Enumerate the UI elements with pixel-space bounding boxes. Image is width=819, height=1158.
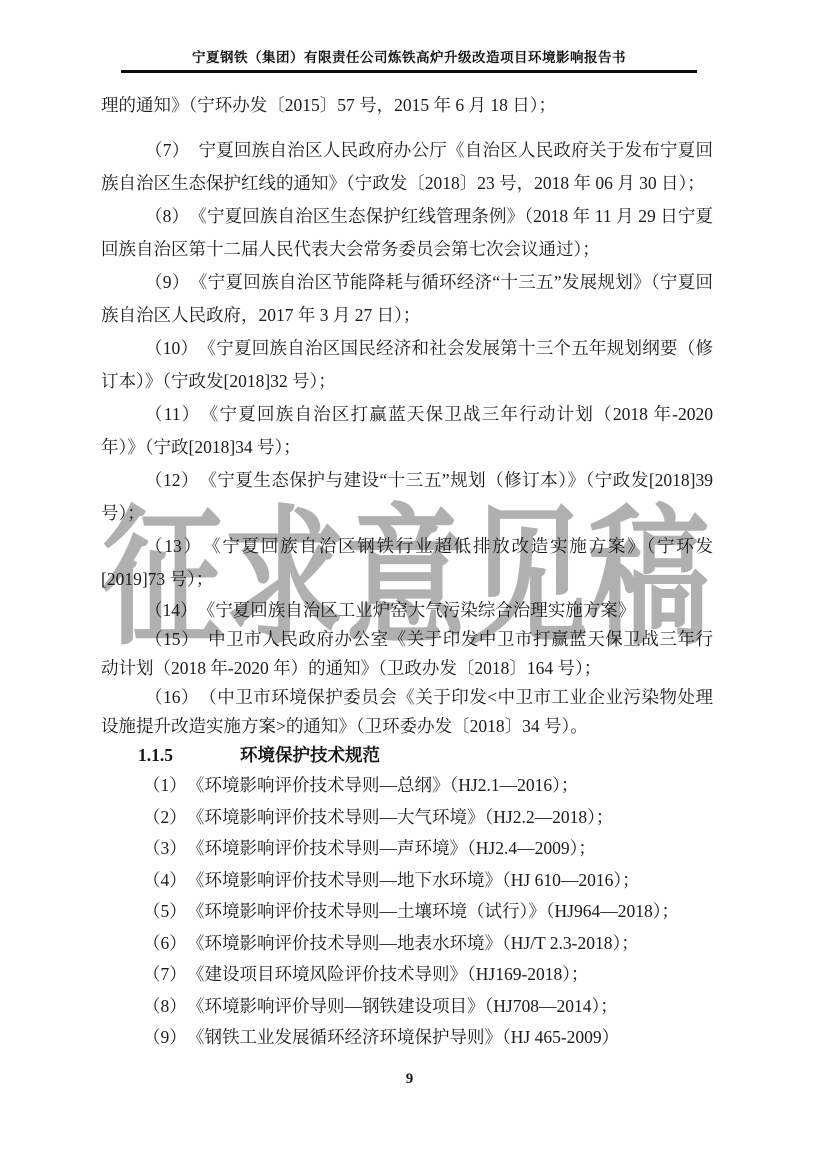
policy-item-14: （14）《宁夏回族自治区工业炉窑大气污染综合治理实施方案》: [101, 596, 713, 625]
standard-item-4: （4）《环境影响评价技术导则—地下水环境》（HJ 610—2016）；: [101, 865, 713, 897]
section-number: 1.1.5: [138, 741, 240, 770]
item-number: （5）: [143, 901, 187, 921]
standard-item-7: （7）《建设项目环境风险评价技术导则》（HJ169-2018）；: [101, 959, 713, 991]
item-text: 《宁夏回族自治区节能降耗与循环经济“十三五”发展规划》（宁夏回族自治区人民政府，…: [101, 272, 713, 325]
item-text: 《环境影响评价技术导则—地下水环境》（HJ 610—2016）；: [196, 870, 640, 890]
item-number: （6）: [143, 933, 187, 953]
item-number: （2）: [143, 807, 187, 827]
page-number: 9: [0, 1071, 819, 1088]
standard-item-9: （9）《钢铁工业发展循环经济环境保护导则》（HJ 465-2009）: [101, 1022, 713, 1054]
header-rule: [121, 70, 697, 73]
policy-item-12: （12）《宁夏生态保护与建设“十三五”规划（修订本）》（宁政发[2018]39 …: [101, 464, 713, 530]
item-text: 《钢铁工业发展循环经济环境保护导则》（HJ 465-2009）: [196, 1027, 619, 1047]
item-text: 《建设项目环境风险评价技术导则》（HJ169-2018）；: [196, 964, 589, 984]
item-number: （8）: [143, 996, 187, 1016]
item-text: 《宁夏回族自治区工业炉窑大气污染综合治理实施方案》: [207, 600, 636, 620]
document-page: 宁夏钢铁（集团）有限责任公司炼铁高炉升级改造项目环境影响报告书 征求意见稿 理的…: [0, 0, 819, 1158]
section-title: 环境保护技术规范: [240, 745, 380, 765]
standard-item-3: （3）《环境影响评价技术导则—声环境》（HJ2.4—2009）；: [101, 833, 713, 865]
policy-item-16: （16）（中卫市环境保护委员会《关于印发<中卫市工业企业污染物处理设施提升改造实…: [101, 683, 713, 741]
item-text: 《环境影响评价技术导则—大气环境》（HJ2.2—2018）；: [196, 807, 614, 827]
item-number: （16）: [145, 687, 199, 707]
item-number: （7）: [143, 964, 187, 984]
policy-item-15: （15）中卫市人民政府办公室《关于印发中卫市打赢蓝天保卫战三年行动计划（2018…: [101, 625, 713, 683]
section-heading-1-1-5: 1.1.5环境保护技术规范: [101, 741, 713, 770]
item-number: （10）: [145, 338, 198, 358]
policy-item-8: （8）《宁夏回族自治区生态保护红线管理条例》（2018 年 11 月 29 日宁…: [101, 200, 713, 266]
item-text: 《环境影响评价技术导则—地表水环境》（HJ/T 2.3-2018）；: [196, 933, 639, 953]
document-body: 理的通知》（宁环办发〔2015〕57 号，2015 年 6 月 18 日）； （…: [101, 89, 713, 1054]
item-number: （4）: [143, 870, 187, 890]
standard-item-6: （6）《环境影响评价技术导则—地表水环境》（HJ/T 2.3-2018）；: [101, 928, 713, 960]
item-number: （14）: [145, 600, 198, 620]
standard-item-1: （1）《环境影响评价技术导则—总纲》（HJ2.1—2016）；: [101, 770, 713, 802]
item-text: 《宁夏回族自治区生态保护红线管理条例》（2018 年 11 月 29 日宁夏回族…: [101, 206, 713, 259]
item-number: （9）: [143, 1027, 187, 1047]
policy-item-13: （13）《宁夏回族自治区钢铁行业超低排放改造实施方案》（宁环发[2019]73 …: [101, 530, 713, 596]
policy-item-10: （10）《宁夏回族自治区国民经济和社会发展第十三个五年规划纲要（修订本）》（宁政…: [101, 332, 713, 398]
item-text: 宁夏回族自治区人民政府办公厅《自治区人民政府关于发布宁夏回族自治区生态保护红线的…: [101, 140, 713, 193]
policy-item-11: （11）《宁夏回族自治区打赢蓝天保卫战三年行动计划（2018 年-2020 年）…: [101, 398, 713, 464]
item-number: （13）: [145, 536, 203, 556]
item-number: （15）: [145, 629, 199, 649]
item-number: （8）: [145, 206, 189, 226]
standard-item-2: （2）《环境影响评价技术导则—大气环境》（HJ2.2—2018）；: [101, 802, 713, 834]
standard-item-8: （8）《环境影响评价导则—钢铁建设项目》（HJ708—2014）；: [101, 991, 713, 1023]
policy-item-9: （9）《宁夏回族自治区节能降耗与循环经济“十三五”发展规划》（宁夏回族自治区人民…: [101, 266, 713, 332]
item-number: （1）: [143, 775, 187, 795]
item-text: 《环境影响评价技术导则—总纲》（HJ2.1—2016）；: [196, 775, 579, 795]
item-number: （3）: [143, 838, 187, 858]
item-text: 《环境影响评价导则—钢铁建设项目》（HJ708—2014）；: [196, 996, 618, 1016]
item-text: 《环境影响评价技术导则—声环境》（HJ2.4—2009）；: [196, 838, 596, 858]
item-number: （12）: [145, 470, 199, 490]
item-text: 《环境影响评价技术导则—土壤环境（试行）》（HJ964—2018）；: [196, 901, 679, 921]
standard-item-5: （5）《环境影响评价技术导则—土壤环境（试行）》（HJ964—2018）；: [101, 896, 713, 928]
item-number: （9）: [145, 272, 190, 292]
item-number: （11）: [145, 404, 201, 424]
item-number: （7）: [145, 140, 190, 160]
report-header-title: 宁夏钢铁（集团）有限责任公司炼铁高炉升级改造项目环境影响报告书: [121, 46, 697, 66]
paragraph-continuation: 理的通知》（宁环办发〔2015〕57 号，2015 年 6 月 18 日）；: [101, 89, 713, 122]
policy-item-7: （7）宁夏回族自治区人民政府办公厅《自治区人民政府关于发布宁夏回族自治区生态保护…: [101, 134, 713, 200]
